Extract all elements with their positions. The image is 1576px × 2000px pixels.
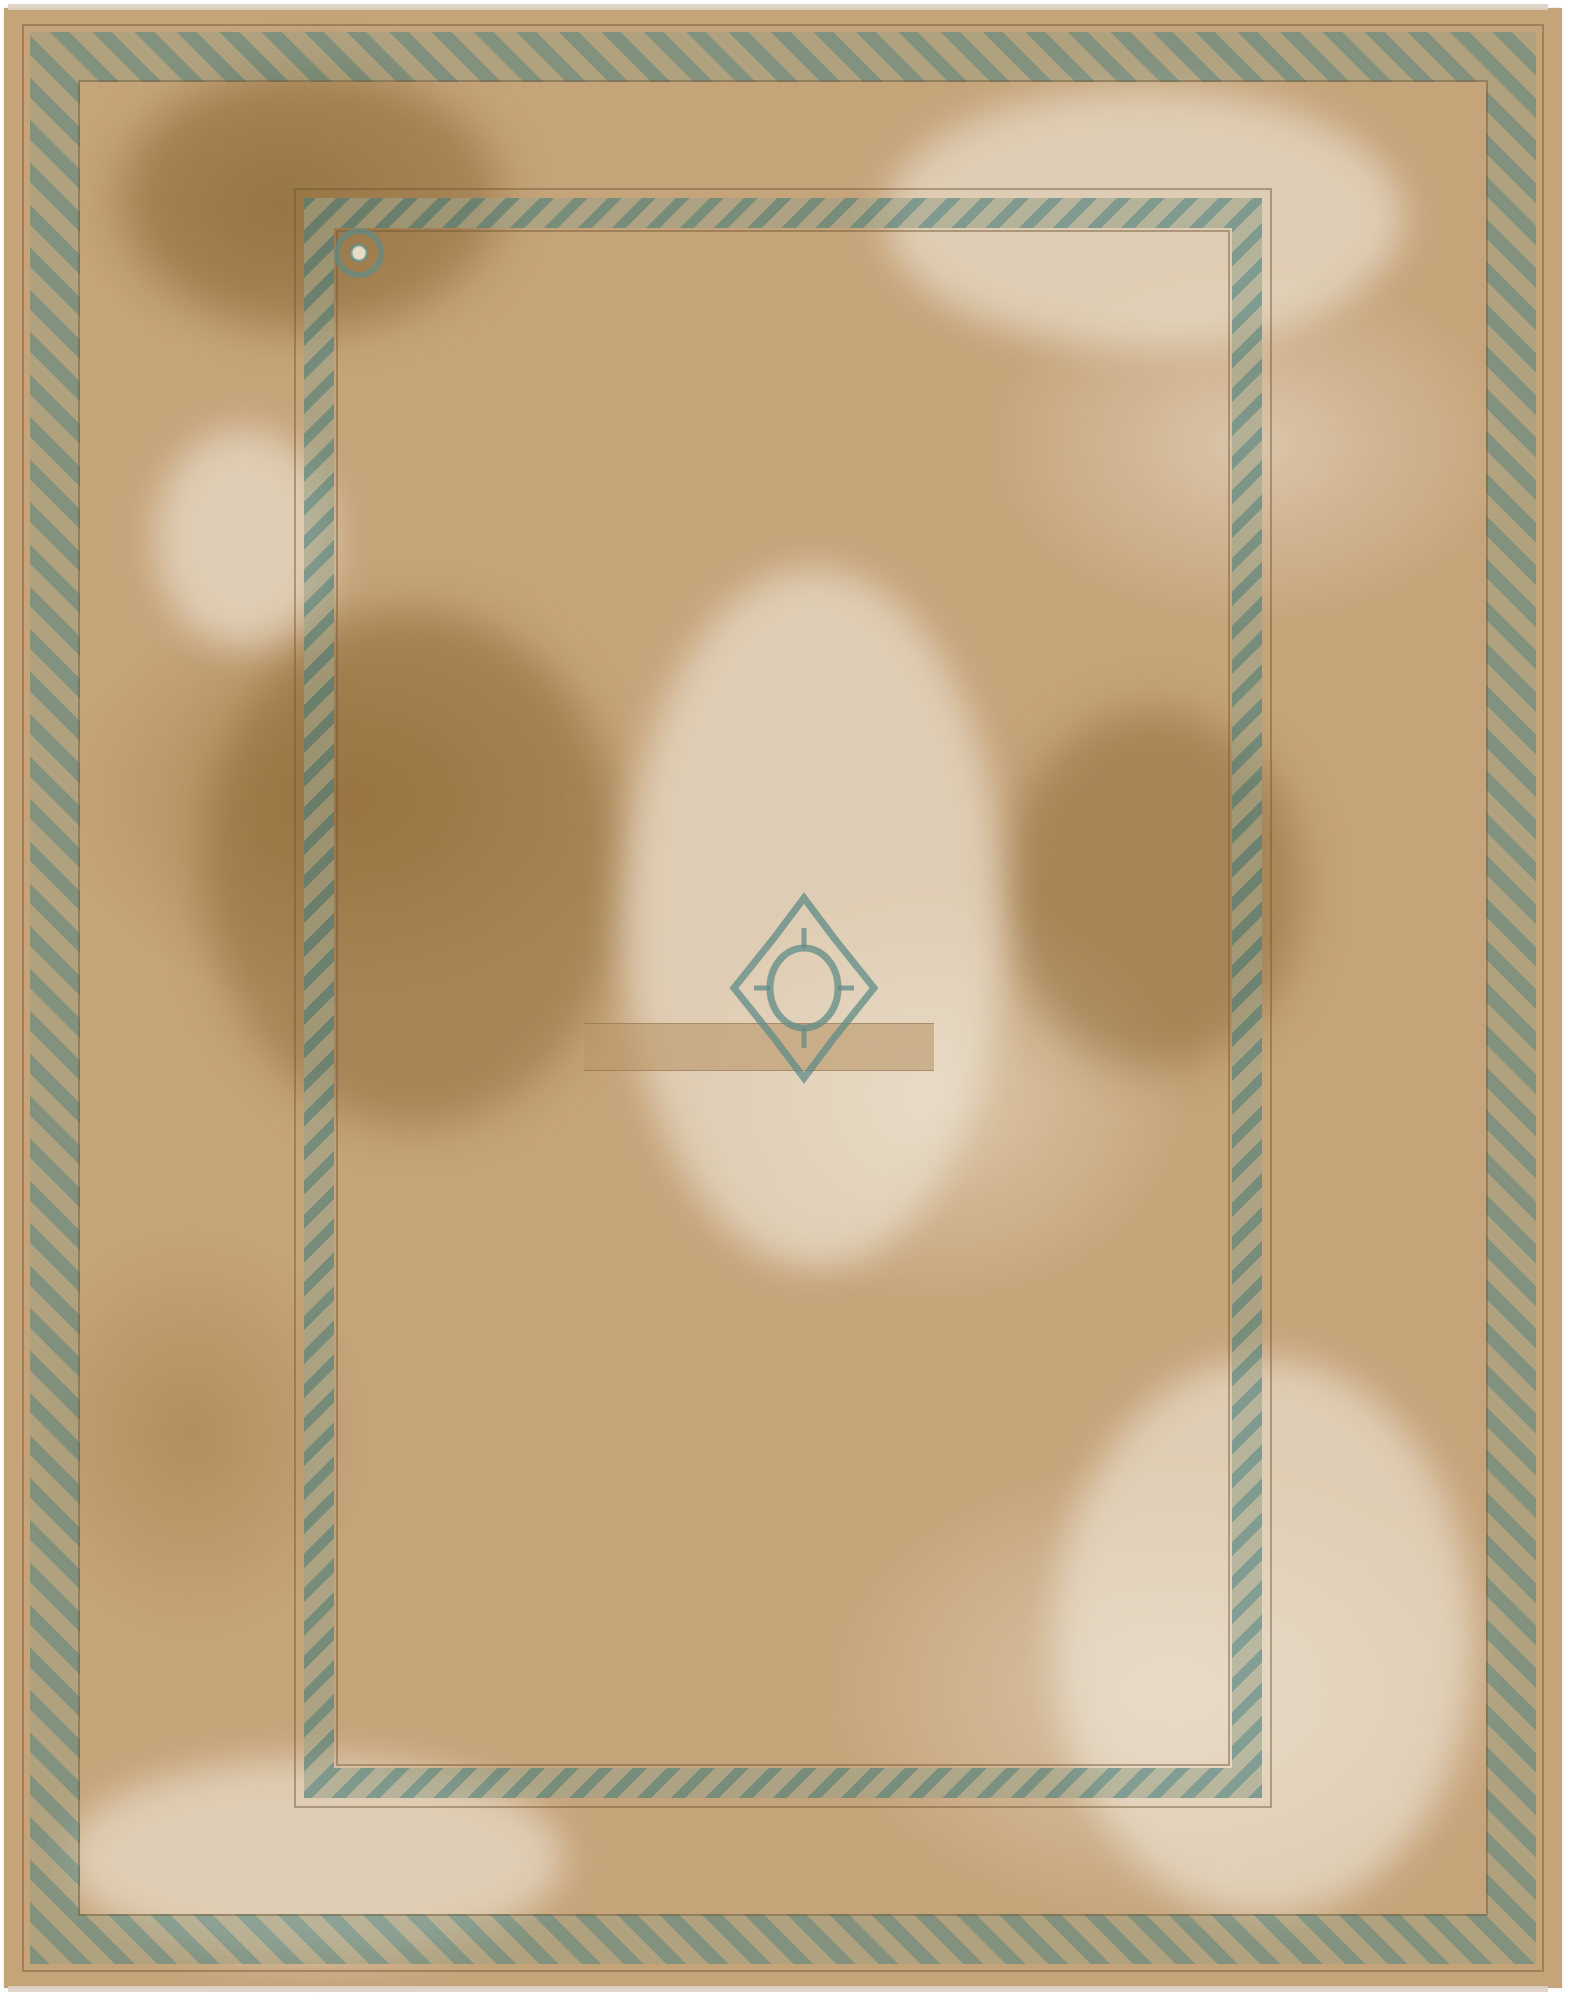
fringe-edge-bottom [8,1986,1548,1992]
corner-rosette-icon [324,218,394,288]
fringe-edge-top [8,4,1548,10]
rug-description: Overhead photo of a worn, faded Persian-… [4,8,5,9]
rug: Overhead photo of a worn, faded Persian-… [4,8,1562,1988]
center-medallion-icon [724,888,884,1088]
